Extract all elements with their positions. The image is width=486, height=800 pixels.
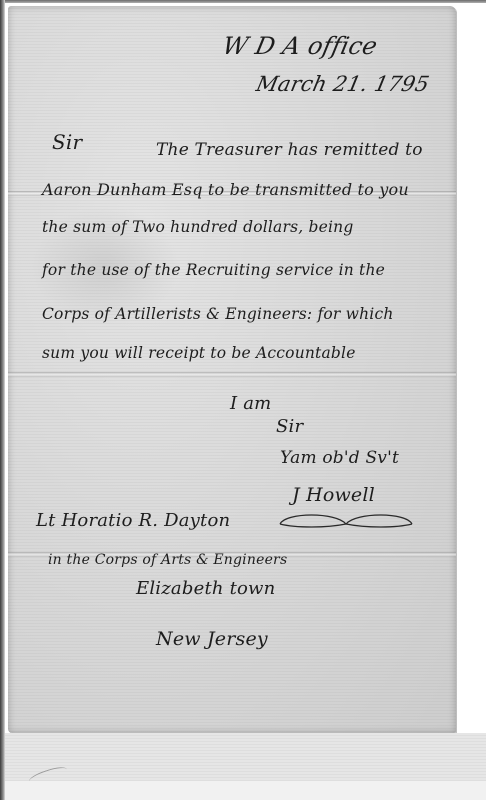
scan-frame-top-edge <box>0 0 486 3</box>
recipient-state: New Jersey <box>156 628 268 650</box>
signature-flourish-icon <box>276 512 416 528</box>
letter-body-line: Corps of Artillerists & Engineers: for w… <box>42 305 394 323</box>
letter-body-line: the sum of Two hundred dollars, being <box>42 218 353 236</box>
letter-date: March 21. 1795 <box>254 72 431 96</box>
letter-body-line: for the use of the Recruiting service in… <box>42 261 385 279</box>
letter-signature: J Howell <box>292 484 375 506</box>
recipient-town: Elizabeth town <box>136 578 275 599</box>
letter-closing-line: Yam ob'd Sv't <box>280 448 399 468</box>
scanner-background-band <box>5 733 486 781</box>
recipient-name: Lt Horatio R. Dayton <box>36 510 230 531</box>
letter-body-line: Aaron Dunham Esq to be transmitted to yo… <box>42 180 409 199</box>
letter-body-line: The Treasurer has remitted to <box>156 140 423 160</box>
letter-office-heading: W D A office <box>220 32 380 60</box>
paper-fold-line <box>8 372 456 377</box>
letter-closing-line: I am <box>230 393 271 414</box>
letter-body-line: sum you will receipt to be Accountable <box>42 344 356 362</box>
recipient-unit: in the Corps of Arts & Engineers <box>48 552 287 568</box>
letter-closing-line: Sir <box>276 416 303 437</box>
letter-paper: W D A office March 21. 1795 Sir The Trea… <box>8 6 456 733</box>
scanner-background <box>5 781 486 800</box>
scan-frame-left-edge <box>0 0 5 800</box>
letter-salutation: Sir <box>52 130 82 154</box>
